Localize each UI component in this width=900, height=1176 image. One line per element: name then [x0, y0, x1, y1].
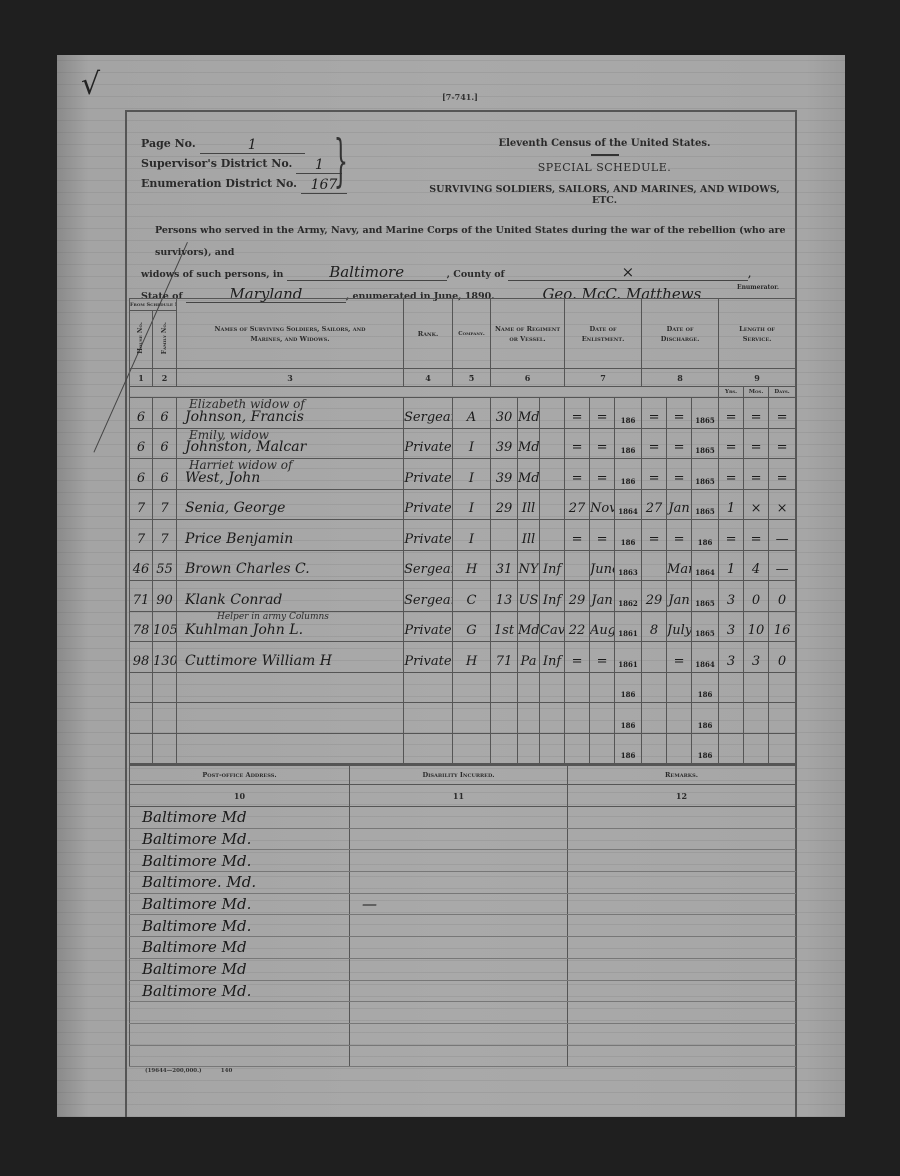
cell-enl-month: Jan	[590, 581, 615, 612]
cell-name: 12	[177, 733, 404, 764]
cell-disability	[350, 980, 568, 1002]
address-header-row: Post-office Address. Disability Incurred…	[130, 765, 796, 785]
name-annotation: Elizabeth widow of	[189, 398, 305, 412]
cell-reg-type	[540, 428, 565, 459]
cell-disability	[350, 1023, 568, 1045]
cell-dis-day: 29	[642, 581, 667, 612]
address-row	[130, 1045, 796, 1067]
cell-address: Baltimore Md.	[130, 828, 350, 850]
table-row: 66Elizabeth widow ofJohnson, Francis1Ser…	[130, 398, 796, 429]
soldiers-table-body: 66Elizabeth widow ofJohnson, Francis1Ser…	[130, 398, 796, 764]
cell-family: 55	[153, 550, 177, 581]
cell-yrs: 3	[719, 642, 744, 673]
cell-mos: =	[744, 428, 769, 459]
cell-rank: Sergeant	[404, 550, 453, 581]
col-house-header: House No.	[136, 322, 146, 354]
col-service-header: Length of Service.	[719, 299, 796, 369]
cell-reg-type	[540, 489, 565, 520]
cell-dis-month: =	[667, 428, 692, 459]
cell-remarks	[568, 958, 796, 980]
cell-family: 7	[153, 489, 177, 520]
cell-dis-year: 1865	[692, 581, 719, 612]
address-row: Baltimore Md.	[130, 980, 796, 1002]
header-district-info: Page No. 1 Supervisor's District No. 1 E…	[141, 134, 347, 194]
title-rule	[591, 154, 619, 156]
cell-enl-day: =	[565, 642, 590, 673]
column-number-row: 1 2 3 4 5 6 7 8 9	[130, 369, 796, 387]
cell-enl-year: 186	[615, 672, 642, 703]
col-num: 1	[130, 369, 153, 387]
cell-remarks	[568, 1002, 796, 1024]
cell-address: Baltimore Md.	[130, 893, 350, 915]
col-num: 8	[642, 369, 719, 387]
cell-rank	[404, 733, 453, 764]
cell-rank	[404, 672, 453, 703]
cell-dis-month: =	[667, 642, 692, 673]
cell-reg-num: 29	[491, 489, 518, 520]
table-row: 77Senia, George4PrivateI29Ill27Nov186427…	[130, 489, 796, 520]
cell-reg-state: Md	[518, 398, 540, 429]
table-row: 98130Cuttimore William H9PrivateH71PaInf…	[130, 642, 796, 673]
cell-company: I	[453, 459, 491, 490]
cell-company: I	[453, 428, 491, 459]
cell-dis-year: 1864	[692, 550, 719, 581]
city-value: Baltimore	[287, 264, 447, 281]
cell-dis-day	[642, 703, 667, 734]
cell-family: 130	[153, 642, 177, 673]
cell-reg-type	[540, 733, 565, 764]
cell-dis-day: 27	[642, 489, 667, 520]
cell-dis-month: Jan	[667, 581, 692, 612]
cell-dis-day: 8	[642, 611, 667, 642]
cell-name: Senia, George4	[177, 489, 404, 520]
print-code-2: 140	[221, 1068, 232, 1074]
cell-house	[130, 733, 153, 764]
cell-remarks	[568, 828, 796, 850]
cell-company: A	[453, 398, 491, 429]
cell-rank: Private	[404, 428, 453, 459]
page-no-value: 1	[200, 137, 305, 154]
col-regiment-header: Name of Regiment or Vessel.	[491, 299, 565, 369]
cell-dis-month: Mar	[667, 550, 692, 581]
cell-house: 46	[130, 550, 153, 581]
cell-yrs: =	[719, 398, 744, 429]
cell-rank: Private	[404, 489, 453, 520]
table-row: 7190Klank Conrad7SergeantC13USInf29Jan18…	[130, 581, 796, 612]
table-header-row: From Schedule No. 1. Names of Surviving …	[130, 299, 796, 311]
cell-house: 98	[130, 642, 153, 673]
cell-remarks	[568, 937, 796, 959]
cell-dis-year: 1865	[692, 459, 719, 490]
cell-disability	[350, 1045, 568, 1067]
soldier-name: Senia, George	[185, 500, 285, 516]
address-row	[130, 1002, 796, 1024]
cell-reg-type: Cav	[540, 611, 565, 642]
cell-mos: 4	[744, 550, 769, 581]
schedule-title: SPECIAL SCHEDULE.	[417, 161, 792, 174]
cell-remarks	[568, 893, 796, 915]
cell-reg-type: Inf	[540, 550, 565, 581]
cell-days: 0	[769, 642, 796, 673]
cell-mos	[744, 703, 769, 734]
cell-enl-day: 22	[565, 611, 590, 642]
cell-remarks	[568, 915, 796, 937]
col-family-header: Family No.	[160, 322, 170, 354]
cell-enl-day	[565, 703, 590, 734]
cell-enl-year: 1861	[615, 642, 642, 673]
county-label: , County of	[447, 269, 505, 280]
cell-days: 16	[769, 611, 796, 642]
cell-family: 6	[153, 398, 177, 429]
cell-family	[153, 672, 177, 703]
col-num: 2	[153, 369, 177, 387]
cell-name: Brown Charles C.6	[177, 550, 404, 581]
cell-reg-state: Md	[518, 428, 540, 459]
cell-house	[130, 703, 153, 734]
from-schedule-header: From Schedule No. 1.	[130, 299, 177, 311]
address-row: Baltimore Md.	[130, 828, 796, 850]
col-num: 12	[568, 785, 796, 807]
cell-enl-day: =	[565, 459, 590, 490]
cell-house: 6	[130, 398, 153, 429]
col-num: 6	[491, 369, 565, 387]
cell-reg-state: Ill	[518, 489, 540, 520]
cell-name: Emily, widowJohnston, Malcar2	[177, 428, 404, 459]
cell-enl-month: June	[590, 550, 615, 581]
cell-reg-state: Ill	[518, 520, 540, 551]
cell-dis-day: =	[642, 520, 667, 551]
cell-reg-num	[491, 733, 518, 764]
cell-family	[153, 733, 177, 764]
cell-company	[453, 703, 491, 734]
col-names-header: Names of Surviving Soldiers, Sailors, an…	[177, 299, 404, 369]
cell-disability: —	[350, 893, 568, 915]
cell-address	[130, 1045, 350, 1067]
cell-dis-year: 186	[692, 520, 719, 551]
cell-rank: Private	[404, 520, 453, 551]
cell-mos: =	[744, 398, 769, 429]
cell-disability	[350, 915, 568, 937]
cell-company: C	[453, 581, 491, 612]
service-subheader-row: Yrs. Mos. Days.	[130, 387, 796, 398]
cell-reg-type	[540, 703, 565, 734]
cell-dis-month: July	[667, 611, 692, 642]
cell-dis-year: 186	[692, 703, 719, 734]
brace-icon: }	[334, 132, 348, 192]
table-row: 10186186	[130, 672, 796, 703]
cell-address: Baltimore Md.	[130, 850, 350, 872]
cell-reg-state	[518, 733, 540, 764]
cell-enl-month: Nov	[590, 489, 615, 520]
cell-name: Harriet widow ofWest, John3	[177, 459, 404, 490]
cell-enl-day: =	[565, 520, 590, 551]
cell-dis-day: =	[642, 398, 667, 429]
cell-dis-month	[667, 733, 692, 764]
cell-reg-num	[491, 672, 518, 703]
cell-name: Elizabeth widow ofJohnson, Francis1	[177, 398, 404, 429]
cell-enl-day: =	[565, 428, 590, 459]
cell-enl-day: =	[565, 398, 590, 429]
cell-days: =	[769, 459, 796, 490]
soldier-name: Kuhlman John L.	[185, 622, 303, 638]
cell-address: Baltimore Md.	[130, 980, 350, 1002]
cell-reg-state	[518, 703, 540, 734]
enumeration-district-label: Enumeration District No.	[141, 174, 297, 194]
cell-reg-state: Pa	[518, 642, 540, 673]
address-row: Baltimore Md	[130, 807, 796, 829]
cell-enl-year: 186	[615, 398, 642, 429]
page-no-label: Page No.	[141, 134, 196, 154]
enumerator-label: Enumerator.	[737, 284, 779, 291]
cell-dis-year: 1865	[692, 611, 719, 642]
cell-rank	[404, 703, 453, 734]
cell-address: Baltimore Md.	[130, 915, 350, 937]
schedule-frame: Page No. 1 Supervisor's District No. 1 E…	[125, 110, 797, 1117]
print-code-1: (19644—200,000.)	[145, 1068, 202, 1074]
supervisor-district-label: Supervisor's District No.	[141, 154, 292, 174]
cell-enl-year: 1862	[615, 581, 642, 612]
cell-name: Cuttimore William H9	[177, 642, 404, 673]
cell-enl-year: 186	[615, 703, 642, 734]
cell-mos: 3	[744, 642, 769, 673]
cell-disability	[350, 937, 568, 959]
col-remarks-header: Remarks.	[568, 765, 796, 785]
address-col-number-row: 10 11 12	[130, 785, 796, 807]
cell-mos	[744, 733, 769, 764]
soldier-name: Brown Charles C.	[185, 561, 310, 577]
col-disability-header: Disability Incurred.	[350, 765, 568, 785]
days-subheader: Days.	[769, 387, 796, 398]
cell-mos: =	[744, 520, 769, 551]
cell-disability	[350, 1002, 568, 1024]
cell-address: Baltimore Md	[130, 807, 350, 829]
cell-dis-year: 186	[692, 672, 719, 703]
soldiers-table: From Schedule No. 1. Names of Surviving …	[129, 298, 796, 764]
cell-remarks	[568, 1045, 796, 1067]
cell-days: =	[769, 428, 796, 459]
cell-house: 78	[130, 611, 153, 642]
cell-days	[769, 672, 796, 703]
col-num: 4	[404, 369, 453, 387]
cell-dis-day	[642, 733, 667, 764]
cell-dis-day	[642, 672, 667, 703]
col-enlistment-header: Date of Enlistment.	[565, 299, 642, 369]
form-number: [7-741.]	[442, 92, 478, 102]
cell-reg-type	[540, 672, 565, 703]
address-row: Baltimore Md.	[130, 915, 796, 937]
cell-house	[130, 672, 153, 703]
cell-reg-type	[540, 398, 565, 429]
widows-prefix: widows of such persons, in	[141, 269, 283, 280]
cell-rank: Private	[404, 642, 453, 673]
cell-family: 6	[153, 428, 177, 459]
col-num: 7	[565, 369, 642, 387]
cell-address: Baltimore Md	[130, 958, 350, 980]
cell-rank: Sergeant	[404, 581, 453, 612]
table-row: 4655Brown Charles C.6SergeantH31NYInfJun…	[130, 550, 796, 581]
cell-remarks	[568, 872, 796, 894]
cell-disability	[350, 872, 568, 894]
cell-days: —	[769, 550, 796, 581]
cell-dis-month	[667, 703, 692, 734]
cell-enl-year: 186	[615, 733, 642, 764]
cell-name: 11	[177, 703, 404, 734]
cell-days: ×	[769, 489, 796, 520]
cell-days	[769, 733, 796, 764]
table-row: 66Harriet widow ofWest, John3PrivateI39M…	[130, 459, 796, 490]
intro-line-1: Persons who served in the Army, Navy, an…	[141, 220, 791, 264]
cell-rank: Private	[404, 611, 453, 642]
cell-enl-day: 29	[565, 581, 590, 612]
supervisor-district-row: Supervisor's District No. 1	[141, 154, 347, 174]
cell-enl-year: 1863	[615, 550, 642, 581]
cell-name: Price Benjamin5	[177, 520, 404, 551]
cell-family: 7	[153, 520, 177, 551]
mos-subheader: Mos.	[744, 387, 769, 398]
cell-enl-month: =	[590, 520, 615, 551]
cell-reg-num: 39	[491, 459, 518, 490]
cell-reg-num: 71	[491, 642, 518, 673]
cell-yrs: =	[719, 428, 744, 459]
cell-dis-year: 1865	[692, 489, 719, 520]
cell-reg-num	[491, 703, 518, 734]
cell-reg-num: 39	[491, 428, 518, 459]
cell-reg-type	[540, 520, 565, 551]
cell-reg-state: Md	[518, 611, 540, 642]
cell-disability	[350, 807, 568, 829]
cell-reg-type: Inf	[540, 581, 565, 612]
cell-rank: Private	[404, 459, 453, 490]
cell-family: 6	[153, 459, 177, 490]
cell-mos: 10	[744, 611, 769, 642]
cell-enl-year: 186	[615, 459, 642, 490]
cell-enl-year: 186	[615, 428, 642, 459]
cell-yrs: 1	[719, 550, 744, 581]
cell-reg-num: 31	[491, 550, 518, 581]
cell-days: 0	[769, 581, 796, 612]
cell-reg-type	[540, 459, 565, 490]
cell-enl-year: 186	[615, 520, 642, 551]
cell-address: Baltimore Md	[130, 937, 350, 959]
cell-yrs: 3	[719, 581, 744, 612]
cell-dis-year: 186	[692, 733, 719, 764]
cell-yrs: =	[719, 520, 744, 551]
table-row: 11186186	[130, 703, 796, 734]
cell-dis-year: 1865	[692, 428, 719, 459]
table-row: 12186186	[130, 733, 796, 764]
cell-enl-month: Aug	[590, 611, 615, 642]
cell-rank: Sergeant	[404, 398, 453, 429]
col-discharge-header: Date of Discharge.	[642, 299, 719, 369]
address-row: Baltimore Md.—	[130, 893, 796, 915]
cell-reg-state: US	[518, 581, 540, 612]
cell-remarks	[568, 980, 796, 1002]
cell-dis-day	[642, 642, 667, 673]
col-num: 11	[350, 785, 568, 807]
col-num: 3	[177, 369, 404, 387]
soldier-name: Klank Conrad	[185, 592, 282, 608]
intro-paragraph: Persons who served in the Army, Navy, an…	[141, 220, 791, 308]
cell-days: =	[769, 398, 796, 429]
cell-enl-month: =	[590, 398, 615, 429]
cell-dis-year: 1864	[692, 642, 719, 673]
cell-house: 71	[130, 581, 153, 612]
cell-enl-day	[565, 550, 590, 581]
address-table-body: Baltimore MdBaltimore Md.Baltimore Md.Ba…	[130, 807, 796, 1067]
cell-dis-month	[667, 672, 692, 703]
cell-family: 105	[153, 611, 177, 642]
table-row: 77Price Benjamin5PrivateIIll==186==186==…	[130, 520, 796, 551]
yrs-subheader: Yrs.	[719, 387, 744, 398]
cell-company: I	[453, 520, 491, 551]
col-address-header: Post-office Address.	[130, 765, 350, 785]
name-annotation: Helper in army Columns	[217, 612, 329, 622]
col-num: 5	[453, 369, 491, 387]
cell-disability	[350, 828, 568, 850]
cell-dis-day: =	[642, 428, 667, 459]
cell-remarks	[568, 850, 796, 872]
cell-mos	[744, 672, 769, 703]
cell-mos: =	[744, 459, 769, 490]
cell-name: 10	[177, 672, 404, 703]
census-page: √ [7-741.] Page No. 1 Supervisor's Distr…	[57, 55, 845, 1117]
cell-remarks	[568, 1023, 796, 1045]
col-num: 9	[719, 369, 796, 387]
cell-company: H	[453, 550, 491, 581]
cell-yrs: 3	[719, 611, 744, 642]
cell-dis-month: =	[667, 459, 692, 490]
table-row: 78105Helper in army ColumnsKuhlman John …	[130, 611, 796, 642]
cell-house: 7	[130, 489, 153, 520]
page-no-row: Page No. 1	[141, 134, 347, 154]
soldier-name: Price Benjamin	[185, 531, 293, 547]
address-row: Baltimore. Md.	[130, 872, 796, 894]
intro-line-2: widows of such persons, in Baltimore, Co…	[141, 264, 791, 286]
cell-company: H	[453, 642, 491, 673]
schedule-subtitle: SURVIVING SOLDIERS, SAILORS, AND MARINES…	[417, 184, 792, 206]
cell-yrs: 1	[719, 489, 744, 520]
address-row	[130, 1023, 796, 1045]
cell-reg-num: 30	[491, 398, 518, 429]
cell-enl-year: 1864	[615, 489, 642, 520]
cell-name: Klank Conrad7	[177, 581, 404, 612]
census-title: Eleventh Census of the United States.	[417, 138, 792, 149]
cell-address	[130, 1002, 350, 1024]
cell-yrs: =	[719, 459, 744, 490]
cell-reg-num: 1st	[491, 611, 518, 642]
cell-family	[153, 703, 177, 734]
cell-company	[453, 672, 491, 703]
cell-dis-month: =	[667, 520, 692, 551]
cell-company: G	[453, 611, 491, 642]
table-row: 66Emily, widowJohnston, Malcar2PrivateI3…	[130, 428, 796, 459]
col-num: 10	[130, 785, 350, 807]
cell-mos: ×	[744, 489, 769, 520]
cell-enl-month	[590, 703, 615, 734]
cell-disability	[350, 958, 568, 980]
county-value: ×	[508, 264, 748, 281]
print-code: (19644—200,000.) 140	[145, 1068, 232, 1074]
cell-name: Helper in army ColumnsKuhlman John L.8	[177, 611, 404, 642]
cell-house: 6	[130, 459, 153, 490]
soldier-name: Cuttimore William H	[185, 653, 332, 669]
cell-days	[769, 703, 796, 734]
enumeration-district-row: Enumeration District No. 167	[141, 174, 347, 194]
name-annotation: Harriet widow of	[189, 459, 292, 473]
cell-family: 90	[153, 581, 177, 612]
cell-yrs	[719, 703, 744, 734]
cell-enl-year: 1861	[615, 611, 642, 642]
